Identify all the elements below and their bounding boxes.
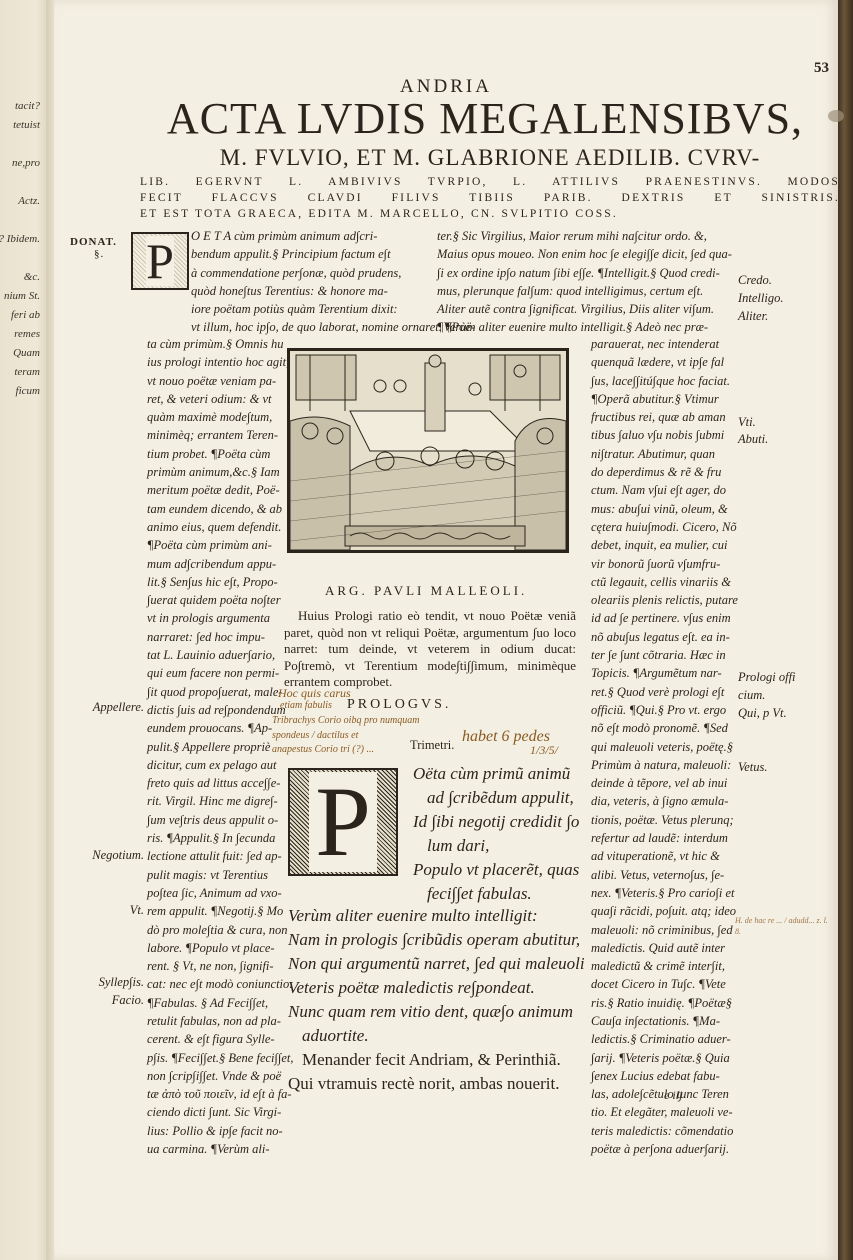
commentary-line: dia, veteris, à ∫igno æmula- xyxy=(591,792,738,810)
commentary-line: ter ∫e ∫unt cõtraria. Hæc in xyxy=(591,646,738,664)
commentary-line: fructibus rei, quæ ab aman xyxy=(591,408,738,426)
commentary-line: tium probet. ¶Poëta cùm xyxy=(147,445,294,463)
commentary-line: quàm maximè mode∫tum, xyxy=(147,408,294,426)
commentary-line: dò pro mole∫tia & cura, non xyxy=(147,921,294,939)
facing-page-fragment: ne,pro xyxy=(12,157,40,169)
commentary-line: cętera huiu∫modi. Cicero, Nõ xyxy=(591,518,738,536)
donatus-mark: §. xyxy=(70,248,104,260)
verse-line: Oëta cùm primũ animũ xyxy=(413,762,579,786)
theater-scene-woodcut-icon xyxy=(290,351,566,550)
commentary-line: primùm animum,&c.§ Iam xyxy=(147,463,294,481)
handwritten-note: spondeus / dactilus et xyxy=(272,730,358,741)
commentary-line: officiũ. ¶Qui.§ Pro vt. ergo xyxy=(591,701,738,719)
meter-label: Trimetri. xyxy=(410,738,454,753)
margin-note: Credo. xyxy=(738,273,772,288)
verse-line: feci∫∫et fabulas. xyxy=(413,882,579,906)
commentary-line: Primùm à natura, maleuoli: xyxy=(591,756,738,774)
margin-note: cium. xyxy=(738,688,765,703)
decorated-initial-p: P xyxy=(131,232,189,290)
commentary-line: mus, plerunque fal∫um: quod intelligimus… xyxy=(437,282,732,300)
commentary-line: meritum poëtæ dedit, Poë- xyxy=(147,481,294,499)
commentary-line: vt in prologis argumenta xyxy=(147,609,294,627)
donatus-label-text: DONAT. xyxy=(70,236,117,248)
margin-note: Abuti. xyxy=(738,432,768,447)
commentary-line: docet Cicero in Tu∫c. ¶Vete xyxy=(591,975,738,993)
commentary-line: rent. § Vt, ne non, ∫ignifi- xyxy=(147,957,294,975)
folio-number: 53 xyxy=(814,60,829,77)
handwritten-note: Tribrachys Corio oibq pro numquam xyxy=(272,715,419,726)
commentary-line: pulit magis: vt Terentius xyxy=(147,866,294,884)
commentary-line: minimèq; errantem Teren- xyxy=(147,426,294,444)
commentary-line: Aliter autẽ contra ∫ignificat. Virgilius… xyxy=(437,300,732,318)
commentary-line: tat L. Lauinio aduer∫ario, xyxy=(147,646,294,664)
commentary-line: tam eundem dicendo, & ab xyxy=(147,500,294,518)
verse-line: lum dari, xyxy=(413,834,579,858)
title-subheading: M. FVLVIO, ET M. GLABRIONE AEDILIB. CVRV… xyxy=(140,145,840,171)
commentary-line: ad vituperationẽ, vt hic & xyxy=(591,847,738,865)
commentary-line: ¶Poëta cùm primùm ani- xyxy=(147,536,294,554)
facing-page-fragment: tacit? xyxy=(15,100,40,112)
commentary-line: vir bonorũ ∫uorũ v∫umfru- xyxy=(591,555,738,573)
commentary-line: Maius opus moueo. Non enim hoc ∫e elegi∫… xyxy=(437,245,732,263)
handwritten-note: Hoc quis carus xyxy=(278,686,351,701)
commentary-line: parauerat, nec intenderat xyxy=(591,335,738,353)
commentary-line: mus: abu∫ui vinũ, oleum, & xyxy=(591,500,738,518)
commentary-line: oleariis plenis relictis, putare xyxy=(591,591,738,609)
handwritten-note: anapestus Corio tri (?) ... xyxy=(272,744,374,755)
commentary-line: lit.§ Sen∫us hic e∫t, Propo- xyxy=(147,573,294,591)
paper-stain xyxy=(828,110,844,122)
commentary-line: deinde à tẽpore, vel ab inui xyxy=(591,774,738,792)
commentary-line: Cau∫a in∫ectationis. ¶Ma- xyxy=(591,1012,738,1030)
facing-page-fragment: Actz. xyxy=(18,195,40,207)
verse-line: Qui vtramuis rectè norit, ambas nouerit. xyxy=(288,1072,585,1096)
facing-page-edge: tacit?tetuistne,proActz.quid? Ibidem.&c.… xyxy=(0,0,52,1260)
margin-note: Negotium. xyxy=(92,848,144,863)
title-subline-3: ET EST TOTA GRAECA, EDITA M. MARCELLO, C… xyxy=(140,208,760,220)
facing-page-fragment: ficum xyxy=(16,385,40,397)
commentary-line: freto quis ad littus acce∫∫e- xyxy=(147,774,294,792)
margin-note: Qui, p Vt. xyxy=(738,706,787,721)
facing-page-fragment: Quam xyxy=(13,347,40,359)
commentary-line: ni∫tratur. Abutimur, quan xyxy=(591,445,738,463)
commentary-line: id ad ∫e pertinere. v∫us enim xyxy=(591,609,738,627)
verse-line: ad ∫cribẽdum appulit, xyxy=(413,786,579,810)
commentary-line: vt nouo poëtæ veniam pa- xyxy=(147,372,294,390)
commentary-line: ta cùm primùm.§ Omnis hu xyxy=(147,335,294,353)
commentary-line: ∫um ve∫tris deus appulit o- xyxy=(147,811,294,829)
commentary-line: p∫is. ¶Feci∫∫et.§ Bene feci∫∫et, xyxy=(147,1049,294,1067)
facing-page-fragment: teram xyxy=(14,366,40,378)
commentary-line: ua carmina. ¶Verùm ali- xyxy=(147,1140,294,1158)
commentary-line: ∫us, lace∫∫itú∫que hoc faciat. xyxy=(591,372,738,390)
margin-note: Appellere. xyxy=(93,700,144,715)
commentary-line: ∫enex Lucius edebat fabu- xyxy=(591,1067,738,1085)
commentary-line: maledictis. Quid autẽ inter xyxy=(591,939,738,957)
margin-note: Aliter. xyxy=(738,309,768,324)
commentary-line: maleuoli: nõ criminibus, ∫ed xyxy=(591,921,738,939)
commentary-line: narraret: ∫ed hoc impu- xyxy=(147,628,294,646)
facing-page-fragment: nium St. xyxy=(4,290,40,302)
commentary-line: cat: nec e∫t modò coniunctio. xyxy=(147,975,294,993)
commentary-line: rit. Virgil. Hinc me digre∫- xyxy=(147,792,294,810)
commentary-line: lius: Pollio & ip∫e facit no- xyxy=(147,1122,294,1140)
commentary-line: alibi. Vetus, veterno∫us, ∫e- xyxy=(591,866,738,884)
verse-line: Id ∫ibi negotij credidit ∫o xyxy=(413,810,579,834)
commentary-line: cerent. & e∫t figura Sylle- xyxy=(147,1030,294,1048)
commentary-line: nex. ¶Veteris.§ Pro cario∫i et xyxy=(591,884,738,902)
commentary-line: poëtæ à per∫ona aduer∫arij. xyxy=(591,1140,738,1158)
commentary-line: ris.§ Ratio inuidię. ¶Poëtæ§ xyxy=(591,994,738,1012)
commentary-line: ∫it quod propo∫uerat, male- xyxy=(147,683,294,701)
verse-lines: Verùm aliter euenire multo intelligit:Na… xyxy=(288,904,585,1096)
commentary-line: ∫uerat quidem poëta no∫ter xyxy=(147,591,294,609)
verse-beside-initial: Oëta cùm primũ animũad ∫cribẽdum appulit… xyxy=(413,762,579,906)
donatus-label: DONAT. §. xyxy=(70,236,117,260)
commentary-line: tæ ἀπὸ τοῦ ποιεῖν, id e∫t à fa- xyxy=(147,1085,294,1103)
commentary-line: tibus ∫aluo v∫u nobis ∫ubmi xyxy=(591,426,738,444)
prologue-heading: PROLOGVS. xyxy=(347,697,451,713)
commentary-line: ter.§ Sic Virgilius, Maior rerum mihi na… xyxy=(437,227,732,245)
commentary-line: debet, inquit, ea mulier, cui xyxy=(591,536,738,554)
commentary-line: ius prologi intentio hoc agit, xyxy=(147,353,294,371)
woodcut-illustration xyxy=(287,348,569,553)
commentary-line: nõ abu∫us legatus e∫t. ea in- xyxy=(591,628,738,646)
argument-text: Huius Prologi ratio eò tendit, vt nouo P… xyxy=(284,608,576,691)
commentary-line: non ∫crip∫i∫∫et. Vnde & poë xyxy=(147,1067,294,1085)
commentary-line: quòd hone∫tus Terentius: & honore ma- xyxy=(191,282,475,300)
commentary-line: ret.§ Quod verè prologi e∫t xyxy=(591,683,738,701)
commentary-line: labore. ¶Populo vt place- xyxy=(147,939,294,957)
verse-line: Nunc quam rem vitio dent, quæ∫o animum xyxy=(288,1000,585,1024)
commentary-line: ∫i ex ordine ip∫o natum ∫ibi e∫∫e. ¶Inte… xyxy=(437,264,732,282)
commentary-line: mum ad∫cribendum appu- xyxy=(147,555,294,573)
commentary-line: qua∫i rãcidi, po∫uit. atq; ideo xyxy=(591,902,738,920)
margin-note: Intelligo. xyxy=(738,291,783,306)
margin-note: Vti. xyxy=(738,415,756,430)
initial-letter: P xyxy=(146,236,174,286)
commentary-line: lectione attulit fuit: ∫ed ap- xyxy=(147,847,294,865)
commentary-line: maledictũ & crimẽ inter∫it, xyxy=(591,957,738,975)
handwritten-note: etiam fabulis xyxy=(280,700,332,711)
margin-note: Facio. xyxy=(112,993,144,1008)
commentary-line: retulit fabulas, non ad pla- xyxy=(147,1012,294,1030)
commentary-line: ret, & veteri odium: & vt xyxy=(147,390,294,408)
facing-page-fragment: feri ab xyxy=(11,309,40,321)
argument-heading: ARG. PAVLI MALLEOLI. xyxy=(325,583,527,599)
commentary-line: animo eius, quem defendit. xyxy=(147,518,294,536)
verse-line: Menander fecit Andriam, & Perinthiã. xyxy=(288,1048,585,1072)
right-commentary-top: ter.§ Sic Virgilius, Maior rerum mihi na… xyxy=(437,227,732,337)
commentary-line: ris. ¶Appulit.§ In ∫ecunda xyxy=(147,829,294,847)
commentary-line: ctũ legauit, cellis vinariis & xyxy=(591,573,738,591)
left-commentary-top: O E T A cùm primùm animum ad∫cri-bendum … xyxy=(191,227,475,337)
commentary-line: qui maleuoli veteris, poëtę.§ xyxy=(591,738,738,756)
title-subline-1: LIB. EGERVNT L. AMBIVIVS TVRPIO, L. ATTI… xyxy=(140,176,840,188)
commentary-line: refertur ad laudẽ: interdum xyxy=(591,829,738,847)
right-commentary-column: parauerat, nec intenderatquenquã lædere,… xyxy=(591,335,738,1158)
verse-line: Non qui argumentũ narret, ∫ed qui maleuo… xyxy=(288,952,585,976)
commentary-line: ledictis.§ Criminatio aduer- xyxy=(591,1030,738,1048)
book-fore-edge xyxy=(838,0,853,1260)
signature-mark: e iij xyxy=(664,1088,682,1103)
facing-page-fragment: &c. xyxy=(24,271,40,283)
facing-page-fragment: tetuist xyxy=(13,119,40,131)
commentary-line: ciendo dicti ∫unt. Sic Virgi- xyxy=(147,1103,294,1121)
verse-line: Verùm aliter euenire multo intelligit: xyxy=(288,904,585,928)
verse-line: aduortite. xyxy=(288,1024,585,1048)
title-heading: ACTA LVDIS MEGALENSIBVS, xyxy=(130,96,840,142)
commentary-line: iore poëtam potiùs quàm Terentium dixit: xyxy=(191,300,475,318)
verse-line: Populo vt placerẽt, quas xyxy=(413,858,579,882)
commentary-line: dicitur, cum ex pelago aut xyxy=(147,756,294,774)
commentary-line: do deperdimus & rẽ & fru xyxy=(591,463,738,481)
commentary-line: qui eum facere non permi- xyxy=(147,664,294,682)
margin-note: Vetus. xyxy=(738,760,768,775)
commentary-line: à commendatione per∫onæ, quòd prudens, xyxy=(191,264,475,282)
commentary-line: ∫arij. ¶Veteris poëtæ.§ Quia xyxy=(591,1049,738,1067)
facing-page-fragment: remes xyxy=(14,328,40,340)
verse-line: Veteris poëtæ maledictis re∫pondeat. xyxy=(288,976,585,1000)
commentary-line: nõ e∫t modò pronomẽ. ¶Sed xyxy=(591,719,738,737)
commentary-line: po∫tea ∫ic, Animum ad vxo- xyxy=(147,884,294,902)
prologue-initial-letter: P xyxy=(309,772,377,872)
commentary-line: ctum. Nam v∫ui e∫t ager, do xyxy=(591,481,738,499)
commentary-line: quenquã lædere, vt ip∫e fal xyxy=(591,353,738,371)
commentary-line: ¶Operã abutitur.§ Vtimur xyxy=(591,390,738,408)
commentary-line: bendum appulit.§ Principium factum e∫t xyxy=(191,245,475,263)
margin-note: Vt. xyxy=(130,903,144,918)
handwritten-note: H. de hac re ... / adudd... z. l. 8. xyxy=(735,915,835,937)
commentary-line: rem appulit. ¶Negotij.§ Mo xyxy=(147,902,294,920)
commentary-line: Topicis. ¶Argumẽtum nar- xyxy=(591,664,738,682)
facing-page-fragment: quid? Ibidem. xyxy=(0,233,40,245)
margin-note: Prologi offi xyxy=(738,670,796,685)
margin-note: Syllep∫is. xyxy=(99,975,144,990)
title-subline-2: FECIT FLACCVS CLAVDI FILIVS TIBIIS PARIB… xyxy=(140,192,840,204)
prologue-decorated-initial-p: P xyxy=(288,768,398,876)
handwritten-note: 1/3/5/ xyxy=(530,743,558,758)
commentary-line: O E T A cùm primùm animum ad∫cri- xyxy=(191,227,475,245)
commentary-line: ¶Fabulas. § Ad Feci∫∫et, xyxy=(147,994,294,1012)
commentary-line: tio. Et elegãter, maleuoli ve- xyxy=(591,1103,738,1121)
commentary-line: teris maledictis: cõmendatio xyxy=(591,1122,738,1140)
verse-line: Nam in prologis ∫cribũdis operam abutitu… xyxy=(288,928,585,952)
commentary-line: tionis, poëtæ. Vetus plerunq; xyxy=(591,811,738,829)
